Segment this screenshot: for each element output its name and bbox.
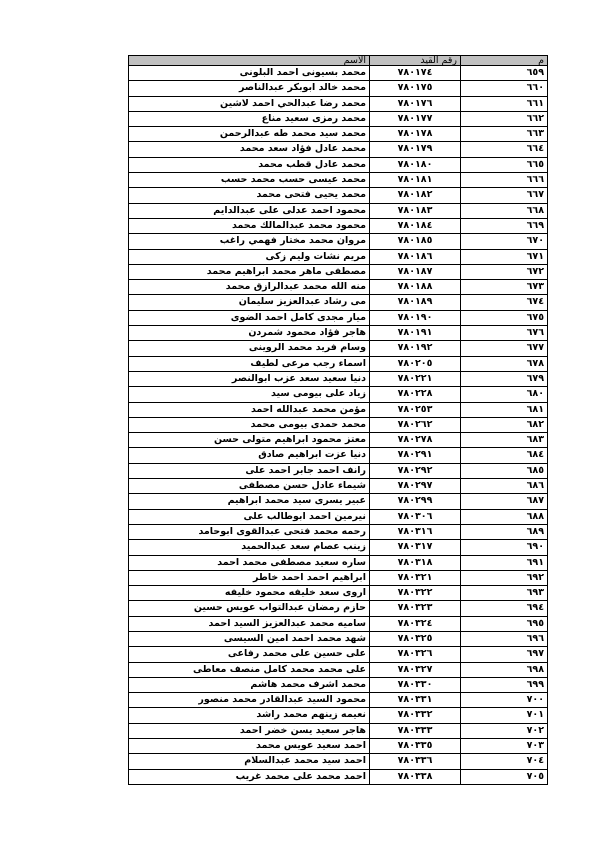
name-cell: وسام فريد محمد الروينى: [129, 341, 370, 356]
registration-number-cell: ٧٨٠٣٢٤: [370, 616, 461, 631]
table-row: ٦٦٠٧٨٠١٧٥محمد خالد ابوبكر عبدالناصر: [129, 81, 548, 96]
registration-number-cell: ٧٨٠٣٣٢: [370, 708, 461, 723]
table-row: ٦٩٤٧٨٠٣٢٣حازم رمضان عبدالتواب عويس حسين: [129, 601, 548, 616]
serial-number-cell: ٧٠٢: [461, 723, 548, 738]
name-cell: ساميه محمد عبدالعزيز السيد احمد: [129, 616, 370, 631]
serial-number-cell: ٦٩٧: [461, 647, 548, 662]
serial-number-cell: ٦٨٢: [461, 417, 548, 432]
table-row: ٦٦٧٧٨٠١٨٢محمد يحيى فتحى محمد: [129, 188, 548, 203]
table-row: ٦٦٢٧٨٠١٧٧محمد رمزى سعيد مناع: [129, 111, 548, 126]
serial-number-cell: ٦٧٧: [461, 341, 548, 356]
table-row: ٦٦٨٧٨٠١٨٣محمود احمد عدلى على عبدالدايم: [129, 203, 548, 218]
table-row: ٦٧٩٧٨٠٢٢١دنيا سعيد سعد عزب ابوالنصر: [129, 371, 548, 386]
registration-number-cell: ٧٨٠١٨٣: [370, 203, 461, 218]
table-row: ٦٨٢٧٨٠٢٦٢محمد حمدى بيومى محمد: [129, 417, 548, 432]
table-row: ٦٦١٧٨٠١٧٦محمد رضا عبدالحي احمد لاشين: [129, 96, 548, 111]
serial-number-cell: ٦٧٢: [461, 264, 548, 279]
registration-number-cell: ٧٨٠١٨٨: [370, 280, 461, 295]
serial-number-cell: ٦٧٣: [461, 280, 548, 295]
registration-number-cell: ٧٨٠٣٢٦: [370, 647, 461, 662]
student-roster-table: م رقم القيد الاسم ٦٥٩٧٨٠١٧٤محمد بسيونى ا…: [128, 55, 548, 785]
registration-number-cell: ٧٨٠٣٣٨: [370, 769, 461, 784]
serial-number-cell: ٧٠٠: [461, 693, 548, 708]
name-cell: مريم نشات وليم زكى: [129, 249, 370, 264]
registration-number-cell: ٧٨٠٣٢٢: [370, 586, 461, 601]
table-row: ٦٨١٧٨٠٢٥٣مؤمن محمد عبدالله احمد: [129, 402, 548, 417]
registration-number-cell: ٧٨٠١٧٨: [370, 127, 461, 142]
registration-number-cell: ٧٨٠٣٢٥: [370, 631, 461, 646]
table-row: ٦٧٠٧٨٠١٨٥مروان محمد مختار فهمي راغب: [129, 234, 548, 249]
registration-number-cell: ٧٨٠١٨٢: [370, 188, 461, 203]
serial-number-cell: ٦٩٩: [461, 677, 548, 692]
name-cell: محمد خالد ابوبكر عبدالناصر: [129, 81, 370, 96]
name-cell: احمد سيد محمد عبدالسلام: [129, 754, 370, 769]
name-cell: محمد رضا عبدالحي احمد لاشين: [129, 96, 370, 111]
registration-number-cell: ٧٨٠٣٢١: [370, 570, 461, 585]
registration-number-cell: ٧٨٠٣١٦: [370, 524, 461, 539]
registration-number-cell: ٧٨٠٢٢٨: [370, 387, 461, 402]
serial-number-cell: ٦٦٨: [461, 203, 548, 218]
serial-number-cell: ٦٧٩: [461, 371, 548, 386]
table-row: ٦٨٦٧٨٠٢٩٧شيماء عادل حسن مصطفى: [129, 479, 548, 494]
name-cell: محمد سيد محمد طه عبدالرحمن: [129, 127, 370, 142]
registration-number-cell: ٧٨٠١٨٥: [370, 234, 461, 249]
name-cell: محمد عيسى حسب محمد حسب: [129, 173, 370, 188]
registration-number-cell: ٧٨٠٢٧٨: [370, 433, 461, 448]
table-row: ٦٨٨٧٨٠٣٠٦نيرمين احمد ابوطالب على: [129, 509, 548, 524]
table-header-row: م رقم القيد الاسم: [129, 56, 548, 66]
registration-number-cell: ٧٨٠١٧٦: [370, 96, 461, 111]
registration-number-cell: ٧٨٠٣٣٠: [370, 677, 461, 692]
name-cell: محمد اشرف محمد هاشم: [129, 677, 370, 692]
name-cell: مى رشاد عبدالعزيز سليمان: [129, 295, 370, 310]
table-row: ٧٠١٧٨٠٣٣٢نعيمه زينهم محمد راشد: [129, 708, 548, 723]
table-row: ٦٧٢٧٨٠١٨٧مصطفى ماهر محمد ابراهيم محمد: [129, 264, 548, 279]
serial-number-cell: ٧٠٣: [461, 739, 548, 754]
serial-number-cell: ٦٩٥: [461, 616, 548, 631]
table-row: ٦٩٥٧٨٠٣٢٤ساميه محمد عبدالعزيز السيد احمد: [129, 616, 548, 631]
name-cell: احمد محمد على محمد غريب: [129, 769, 370, 784]
name-cell: زينب عصام سعد عبدالحميد: [129, 540, 370, 555]
registration-number-cell: ٧٨٠٢٥٣: [370, 402, 461, 417]
serial-number-cell: ٦٧١: [461, 249, 548, 264]
name-cell: مصطفى ماهر محمد ابراهيم محمد: [129, 264, 370, 279]
registration-number-cell: ٧٨٠٣٢٣: [370, 601, 461, 616]
name-cell: هاجر سعيد يسن خضر احمد: [129, 723, 370, 738]
name-cell: حازم رمضان عبدالتواب عويس حسين: [129, 601, 370, 616]
serial-number-cell: ٧٠٥: [461, 769, 548, 784]
table-row: ٦٩٣٧٨٠٣٢٢اروى سعد خليفه محمود خليفه: [129, 586, 548, 601]
registration-number-cell: ٧٨٠٢٩٢: [370, 463, 461, 478]
table-row: ٧٠٤٧٨٠٣٣٦احمد سيد محمد عبدالسلام: [129, 754, 548, 769]
name-cell: دنيا سعيد سعد عزب ابوالنصر: [129, 371, 370, 386]
header-registration-number: رقم القيد: [370, 56, 461, 66]
serial-number-cell: ٦٧٨: [461, 356, 548, 371]
name-cell: محمد يحيى فتحى محمد: [129, 188, 370, 203]
serial-number-cell: ٦٧٤: [461, 295, 548, 310]
name-cell: دنيا عزت ابراهيم صادق: [129, 448, 370, 463]
name-cell: ميار مجدى كامل احمد الضوى: [129, 310, 370, 325]
serial-number-cell: ٦٩٢: [461, 570, 548, 585]
registration-number-cell: ٧٨٠١٨١: [370, 173, 461, 188]
serial-number-cell: ٦٦٢: [461, 111, 548, 126]
serial-number-cell: ٦٨٨: [461, 509, 548, 524]
serial-number-cell: ٦٦٥: [461, 157, 548, 172]
serial-number-cell: ٦٨٧: [461, 494, 548, 509]
name-cell: محمود السيد عبدالقادر محمد منصور: [129, 693, 370, 708]
table-row: ٦٦٩٧٨٠١٨٤محمود محمد عبدالمالك محمد: [129, 218, 548, 233]
table-row: ٦٩٢٧٨٠٣٢١ابراهيم احمد احمد خاطر: [129, 570, 548, 585]
serial-number-cell: ٦٩١: [461, 555, 548, 570]
table-row: ٦٩٦٧٨٠٣٢٥شهد محمد احمد امين السيسى: [129, 631, 548, 646]
table-row: ٦٥٩٧٨٠١٧٤محمد بسيونى احمد البلونى: [129, 66, 548, 81]
registration-number-cell: ٧٨٠٢٢١: [370, 371, 461, 386]
table-row: ٦٨٧٧٨٠٢٩٩عبير يسرى سيد محمد ابراهيم: [129, 494, 548, 509]
serial-number-cell: ٦٦٧: [461, 188, 548, 203]
name-cell: محمد رمزى سعيد مناع: [129, 111, 370, 126]
name-cell: على حسين على محمد رفاعى: [129, 647, 370, 662]
serial-number-cell: ٦٦٣: [461, 127, 548, 142]
registration-number-cell: ٧٨٠١٨٧: [370, 264, 461, 279]
registration-number-cell: ٧٨٠٢٩٧: [370, 479, 461, 494]
serial-number-cell: ٦٨٥: [461, 463, 548, 478]
table-row: ٦٧٦٧٨٠١٩١هاجر فؤاد محمود شمردن: [129, 326, 548, 341]
serial-number-cell: ٦٩٨: [461, 662, 548, 677]
table-row: ٦٩٧٧٨٠٣٢٦على حسين على محمد رفاعى: [129, 647, 548, 662]
serial-number-cell: ٦٨٣: [461, 433, 548, 448]
serial-number-cell: ٦٩٦: [461, 631, 548, 646]
table-row: ٧٠٣٧٨٠٣٣٥احمد سعيد عويس محمد: [129, 739, 548, 754]
name-cell: محمود احمد عدلى على عبدالدايم: [129, 203, 370, 218]
registration-number-cell: ٧٨٠٢٩١: [370, 448, 461, 463]
header-serial-number: م: [461, 56, 548, 66]
serial-number-cell: ٦٩٠: [461, 540, 548, 555]
serial-number-cell: ٦٦٠: [461, 81, 548, 96]
registration-number-cell: ٧٨٠٢٦٢: [370, 417, 461, 432]
serial-number-cell: ٦٨٤: [461, 448, 548, 463]
table-row: ٦٧٤٧٨٠١٨٩مى رشاد عبدالعزيز سليمان: [129, 295, 548, 310]
table-row: ٦٨٠٧٨٠٢٢٨زياد على بيومى سيد: [129, 387, 548, 402]
name-cell: مروان محمد مختار فهمي راغب: [129, 234, 370, 249]
serial-number-cell: ٦٦١: [461, 96, 548, 111]
table-row: ٧٠٠٧٨٠٣٣١محمود السيد عبدالقادر محمد منصو…: [129, 693, 548, 708]
table-row: ٦٨٩٧٨٠٣١٦رحمه محمد فتحى عبدالقوى ابوحامد: [129, 524, 548, 539]
name-cell: محمود محمد عبدالمالك محمد: [129, 218, 370, 233]
document-page: م رقم القيد الاسم ٦٥٩٧٨٠١٧٤محمد بسيونى ا…: [0, 0, 595, 841]
registration-number-cell: ٧٨٠١٩١: [370, 326, 461, 341]
registration-number-cell: ٧٨٠١٩٠: [370, 310, 461, 325]
table-row: ٦٧٥٧٨٠١٩٠ميار مجدى كامل احمد الضوى: [129, 310, 548, 325]
table-row: ٦٨٤٧٨٠٢٩١دنيا عزت ابراهيم صادق: [129, 448, 548, 463]
registration-number-cell: ٧٨٠٣٠٦: [370, 509, 461, 524]
name-cell: رحمه محمد فتحى عبدالقوى ابوحامد: [129, 524, 370, 539]
table-row: ٦٧٧٧٨٠١٩٢وسام فريد محمد الروينى: [129, 341, 548, 356]
table-row: ٦٦٣٧٨٠١٧٨محمد سيد محمد طه عبدالرحمن: [129, 127, 548, 142]
name-cell: اروى سعد خليفه محمود خليفه: [129, 586, 370, 601]
name-cell: محمد عادل فؤاد سعد محمد: [129, 142, 370, 157]
registration-number-cell: ٧٨٠٣٣٣: [370, 723, 461, 738]
serial-number-cell: ٦٦٩: [461, 218, 548, 233]
table-row: ٦٧٨٧٨٠٢٠٥اسماء رجب مرعى لطيف: [129, 356, 548, 371]
name-cell: شيماء عادل حسن مصطفى: [129, 479, 370, 494]
registration-number-cell: ٧٨٠١٧٤: [370, 66, 461, 81]
table-row: ٦٧٣٧٨٠١٨٨منه الله محمد عبدالرازق محمد: [129, 280, 548, 295]
name-cell: احمد سعيد عويس محمد: [129, 739, 370, 754]
serial-number-cell: ٦٦٤: [461, 142, 548, 157]
serial-number-cell: ٦٧٠: [461, 234, 548, 249]
name-cell: محمد بسيونى احمد البلونى: [129, 66, 370, 81]
name-cell: هاجر فؤاد محمود شمردن: [129, 326, 370, 341]
serial-number-cell: ٦٦٦: [461, 173, 548, 188]
name-cell: محمد حمدى بيومى محمد: [129, 417, 370, 432]
header-name: الاسم: [129, 56, 370, 66]
name-cell: شهد محمد احمد امين السيسى: [129, 631, 370, 646]
registration-number-cell: ٧٨٠٣٣٦: [370, 754, 461, 769]
table-row: ٦٦٦٧٨٠١٨١محمد عيسى حسب محمد حسب: [129, 173, 548, 188]
table-row: ٦٩١٧٨٠٣١٨ساره سعيد مصطفى محمد احمد: [129, 555, 548, 570]
table-row: ٦٦٥٧٨٠١٨٠محمد عادل قطب محمد: [129, 157, 548, 172]
table-row: ٧٠٥٧٨٠٣٣٨احمد محمد على محمد غريب: [129, 769, 548, 784]
registration-number-cell: ٧٨٠١٨٩: [370, 295, 461, 310]
registration-number-cell: ٧٨٠٣٣١: [370, 693, 461, 708]
table-row: ٦٩٩٧٨٠٣٣٠محمد اشرف محمد هاشم: [129, 677, 548, 692]
table-row: ٦٨٥٧٨٠٢٩٢رانف احمد جابر احمد على: [129, 463, 548, 478]
serial-number-cell: ٦٨٠: [461, 387, 548, 402]
name-cell: اسماء رجب مرعى لطيف: [129, 356, 370, 371]
serial-number-cell: ٦٥٩: [461, 66, 548, 81]
table-row: ٦٦٤٧٨٠١٧٩محمد عادل فؤاد سعد محمد: [129, 142, 548, 157]
registration-number-cell: ٧٨٠١٧٧: [370, 111, 461, 126]
name-cell: محمد عادل قطب محمد: [129, 157, 370, 172]
serial-number-cell: ٦٩٤: [461, 601, 548, 616]
name-cell: زياد على بيومى سيد: [129, 387, 370, 402]
table-row: ٦٨٣٧٨٠٢٧٨معتز محمود ابراهيم متولى حسن: [129, 433, 548, 448]
name-cell: مؤمن محمد عبدالله احمد: [129, 402, 370, 417]
name-cell: عبير يسرى سيد محمد ابراهيم: [129, 494, 370, 509]
name-cell: على محمد محمد كامل منصف معاطى: [129, 662, 370, 677]
registration-number-cell: ٧٨٠١٧٥: [370, 81, 461, 96]
table-row: ٦٩٠٧٨٠٣١٧زينب عصام سعد عبدالحميد: [129, 540, 548, 555]
registration-number-cell: ٧٨٠١٨٦: [370, 249, 461, 264]
registration-number-cell: ٧٨٠٢٠٥: [370, 356, 461, 371]
registration-number-cell: ٧٨٠٢٩٩: [370, 494, 461, 509]
registration-number-cell: ٧٨٠١٩٢: [370, 341, 461, 356]
serial-number-cell: ٦٨١: [461, 402, 548, 417]
registration-number-cell: ٧٨٠٣٣٥: [370, 739, 461, 754]
name-cell: ساره سعيد مصطفى محمد احمد: [129, 555, 370, 570]
name-cell: ابراهيم احمد احمد خاطر: [129, 570, 370, 585]
name-cell: منه الله محمد عبدالرازق محمد: [129, 280, 370, 295]
serial-number-cell: ٦٩٣: [461, 586, 548, 601]
name-cell: رانف احمد جابر احمد على: [129, 463, 370, 478]
registration-number-cell: ٧٨٠٣٢٧: [370, 662, 461, 677]
registration-number-cell: ٧٨٠٣١٧: [370, 540, 461, 555]
registration-number-cell: ٧٨٠٣١٨: [370, 555, 461, 570]
name-cell: نيرمين احمد ابوطالب على: [129, 509, 370, 524]
registration-number-cell: ٧٨٠١٨٠: [370, 157, 461, 172]
name-cell: معتز محمود ابراهيم متولى حسن: [129, 433, 370, 448]
registration-number-cell: ٧٨٠١٨٤: [370, 218, 461, 233]
serial-number-cell: ٦٨٦: [461, 479, 548, 494]
serial-number-cell: ٧٠١: [461, 708, 548, 723]
table-row: ٦٧١٧٨٠١٨٦مريم نشات وليم زكى: [129, 249, 548, 264]
serial-number-cell: ٦٧٥: [461, 310, 548, 325]
registration-number-cell: ٧٨٠١٧٩: [370, 142, 461, 157]
serial-number-cell: ٦٨٩: [461, 524, 548, 539]
serial-number-cell: ٦٧٦: [461, 326, 548, 341]
table-body: ٦٥٩٧٨٠١٧٤محمد بسيونى احمد البلونى٦٦٠٧٨٠١…: [129, 66, 548, 785]
name-cell: نعيمه زينهم محمد راشد: [129, 708, 370, 723]
serial-number-cell: ٧٠٤: [461, 754, 548, 769]
table-row: ٦٩٨٧٨٠٣٢٧على محمد محمد كامل منصف معاطى: [129, 662, 548, 677]
table-row: ٧٠٢٧٨٠٣٣٣هاجر سعيد يسن خضر احمد: [129, 723, 548, 738]
